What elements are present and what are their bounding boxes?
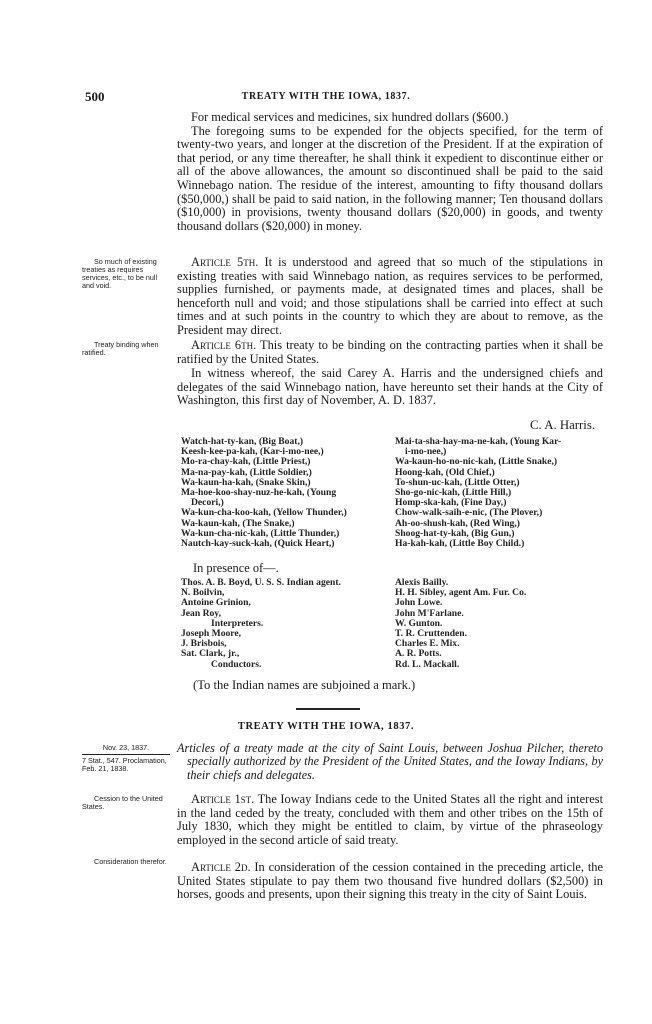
article-6: Article 6th. This treaty to be binding o… xyxy=(177,339,603,366)
paragraph-medical: For medical services and medicines, six … xyxy=(177,111,603,125)
treaty-title-iowa: TREATY WITH THE IOWA, 1837. xyxy=(0,721,652,732)
witnesses-left-column: Thos. A. B. Boyd, U. S. S. Indian agent.… xyxy=(181,578,401,670)
witness-clause: In witness whereof, the said Carey A. Ha… xyxy=(177,367,603,408)
article-2: Article 2d. In consideration of the cess… xyxy=(177,861,603,902)
margin-note-article-1: Cession to the United States. xyxy=(82,795,170,811)
treaty-date: Nov. 23, 1837. xyxy=(82,744,170,755)
chiefs-left-column: Watch-hat-ty-kan, (Big Boat,)Keesh-kee-p… xyxy=(181,437,381,549)
margin-note-article-5: So much of existing treaties as requires… xyxy=(82,258,170,290)
article-1: Article 1st. The Ioway Indians cede to t… xyxy=(177,793,603,847)
section-divider xyxy=(296,708,360,710)
presence-label: In presence of—. xyxy=(193,561,279,576)
margin-note-date: Nov. 23, 1837. 7 Stat., 547. Proclamatio… xyxy=(82,744,170,773)
winnebago-provisions: For medical services and medicines, six … xyxy=(177,111,603,233)
paragraph-foregoing-sums: The foregoing sums to be expended for th… xyxy=(177,125,603,234)
name-entry: Conductors. xyxy=(181,660,401,670)
article-5: Article 5th. It is understood and agreed… xyxy=(177,256,603,338)
name-entry: Ha-kah-kah, (Little Boy Child.) xyxy=(395,539,610,549)
margin-note-article-6: Treaty binding when ratified. xyxy=(82,341,170,357)
mark-note: (To the Indian names are subjoined a mar… xyxy=(193,678,415,693)
citation-note: 7 Stat., 547. Proclamation, Feb. 21, 183… xyxy=(82,757,170,773)
signatory-harris: C. A. Harris. xyxy=(530,418,595,433)
running-head: TREATY WITH THE IOWA, 1837. xyxy=(0,91,652,102)
witnesses-right-column: Alexis Bailly.H. H. Sibley, agent Am. Fu… xyxy=(395,578,610,670)
article-2-label: Article 2d. xyxy=(191,860,251,874)
article-1-label: Article 1st. xyxy=(191,792,254,806)
margin-note-article-2: Consideration therefor. xyxy=(82,858,170,866)
treaty-preamble: Articles of a treaty made at the city of… xyxy=(177,742,603,782)
name-entry: Nautch-kay-suck-kah, (Quick Heart,) xyxy=(181,539,381,549)
chiefs-right-column: Mai-ta-sha-hay-ma-ne-kah, (Young Kar-i-m… xyxy=(395,437,610,549)
name-entry: Rd. L. Mackall. xyxy=(395,660,610,670)
article-6-label: Article 6th. xyxy=(191,338,256,352)
article-5-label: Article 5th. xyxy=(191,255,258,269)
